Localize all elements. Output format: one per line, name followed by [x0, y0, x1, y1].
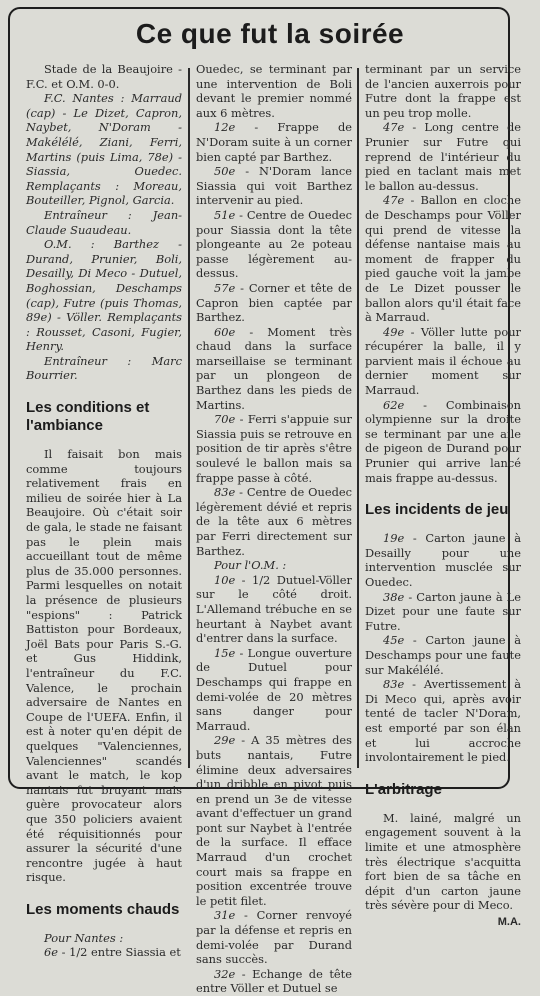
section-heading-incidents: Les incidents de jeu: [365, 501, 521, 519]
event-minute: 49e: [383, 325, 404, 339]
nantes-players: Marraud (cap) - Le Dizet, Capron, Naybet…: [26, 91, 182, 207]
event-item: 57e - Corner et tête de Capron bien capt…: [196, 281, 352, 325]
event-minute: 29e: [214, 733, 235, 747]
event-minute: 47e: [383, 193, 404, 207]
event-minute: 62e: [383, 398, 404, 412]
event-item: 15e - Longue ouverture de Dutuel pour De…: [196, 646, 352, 734]
column-3: terminant par un service de l'ancien aux…: [365, 62, 521, 800]
event-item: 60e - Moment très chaud dans la surface …: [196, 325, 352, 413]
event-item: 49e - Völler lutte pour récupérer la bal…: [365, 325, 521, 398]
event-item: 47e - Long centre de Prunier sur Futre q…: [365, 120, 521, 193]
om-coach: Entraîneur : Marc Bourrier.: [26, 354, 182, 383]
section-heading-conditions: Les conditions et l'ambiance: [26, 399, 182, 435]
event-item: 51e - Centre de Ouedec pour Siassia dont…: [196, 208, 352, 281]
event-minute: 51e: [214, 208, 235, 222]
column-divider: [357, 68, 359, 768]
om-players: Barthez - Durand, Prunier, Boli, Desaill…: [26, 237, 182, 353]
incident-item: 19e - Carton jaune à Desailly pour une i…: [365, 531, 521, 589]
event-minute: 57e: [214, 281, 235, 295]
nantes-coach: Entraîneur : Jean-Claude Suaudeau.: [26, 208, 182, 237]
event-minute: 50e: [214, 164, 235, 178]
event-item: 50e - N'Doram lance Siassia qui voit Bar…: [196, 164, 352, 208]
match-intro: Stade de la Beaujoire - F.C. et O.M. 0-0…: [26, 62, 182, 91]
event-minute: 15e: [214, 646, 235, 660]
event-item: 29e - A 35 mètres des buts nantais, Futr…: [196, 733, 352, 800]
event-minute: 47e: [383, 120, 404, 134]
continued-text: Ouedec, se terminant par une interventio…: [196, 62, 352, 120]
nantes-lineup: F.C. Nantes : Marraud (cap) - Le Dizet, …: [26, 91, 182, 208]
article-title: Ce que fut la soirée: [0, 18, 540, 50]
event-minute: 12e: [214, 120, 235, 134]
incident-item: 83e - Avertissement à Di Meco qui, après…: [365, 677, 521, 765]
column-2: Ouedec, se terminant par une interventio…: [196, 62, 352, 800]
incident-minute: 45e: [383, 633, 404, 647]
event-minute: 83e: [214, 485, 235, 499]
incident-item: 38e - Carton jaune à Le Dizet pour une f…: [365, 590, 521, 634]
event-item: 10e - 1/2 Dutuel-Völler sur le côté droi…: [196, 573, 352, 646]
continued-text: terminant par un service de l'ancien aux…: [365, 62, 521, 120]
incident-minute: 83e: [383, 677, 404, 691]
event-minute: 60e: [214, 325, 235, 339]
section-heading-arbitrage: L'arbitrage: [365, 781, 521, 799]
conditions-text: Il faisait bon mais comme toujours relat…: [26, 447, 182, 800]
pour-om-label: Pour l'O.M. :: [196, 558, 352, 573]
event-minute: 10e: [214, 573, 235, 587]
event-item: 47e - Ballon en cloche de Deschamps pour…: [365, 193, 521, 324]
event-item: 83e - Centre de Ouedec légèrement dévié …: [196, 485, 352, 558]
nantes-label: F.C. Nantes :: [44, 91, 124, 105]
incident-minute: 38e: [383, 590, 404, 604]
om-label: O.M. :: [44, 237, 95, 251]
event-minute: 70e: [214, 412, 235, 426]
event-item: 62e - Combinaison olympienne sur la droi…: [365, 398, 521, 486]
incident-minute: 19e: [383, 531, 404, 545]
event-item: 12e - Frappe de N'Doram suite à un corne…: [196, 120, 352, 164]
incident-item: 45e - Carton jaune à Deschamps pour une …: [365, 633, 521, 677]
event-text: - Ballon en cloche de Deschamps pour Völ…: [365, 193, 521, 324]
event-item: 70e - Ferri s'appuie sur Siassia puis se…: [196, 412, 352, 485]
column-divider: [188, 68, 190, 768]
column-1: Stade de la Beaujoire - F.C. et O.M. 0-0…: [26, 62, 182, 800]
om-lineup: O.M. : Barthez - Durand, Prunier, Boli, …: [26, 237, 182, 354]
